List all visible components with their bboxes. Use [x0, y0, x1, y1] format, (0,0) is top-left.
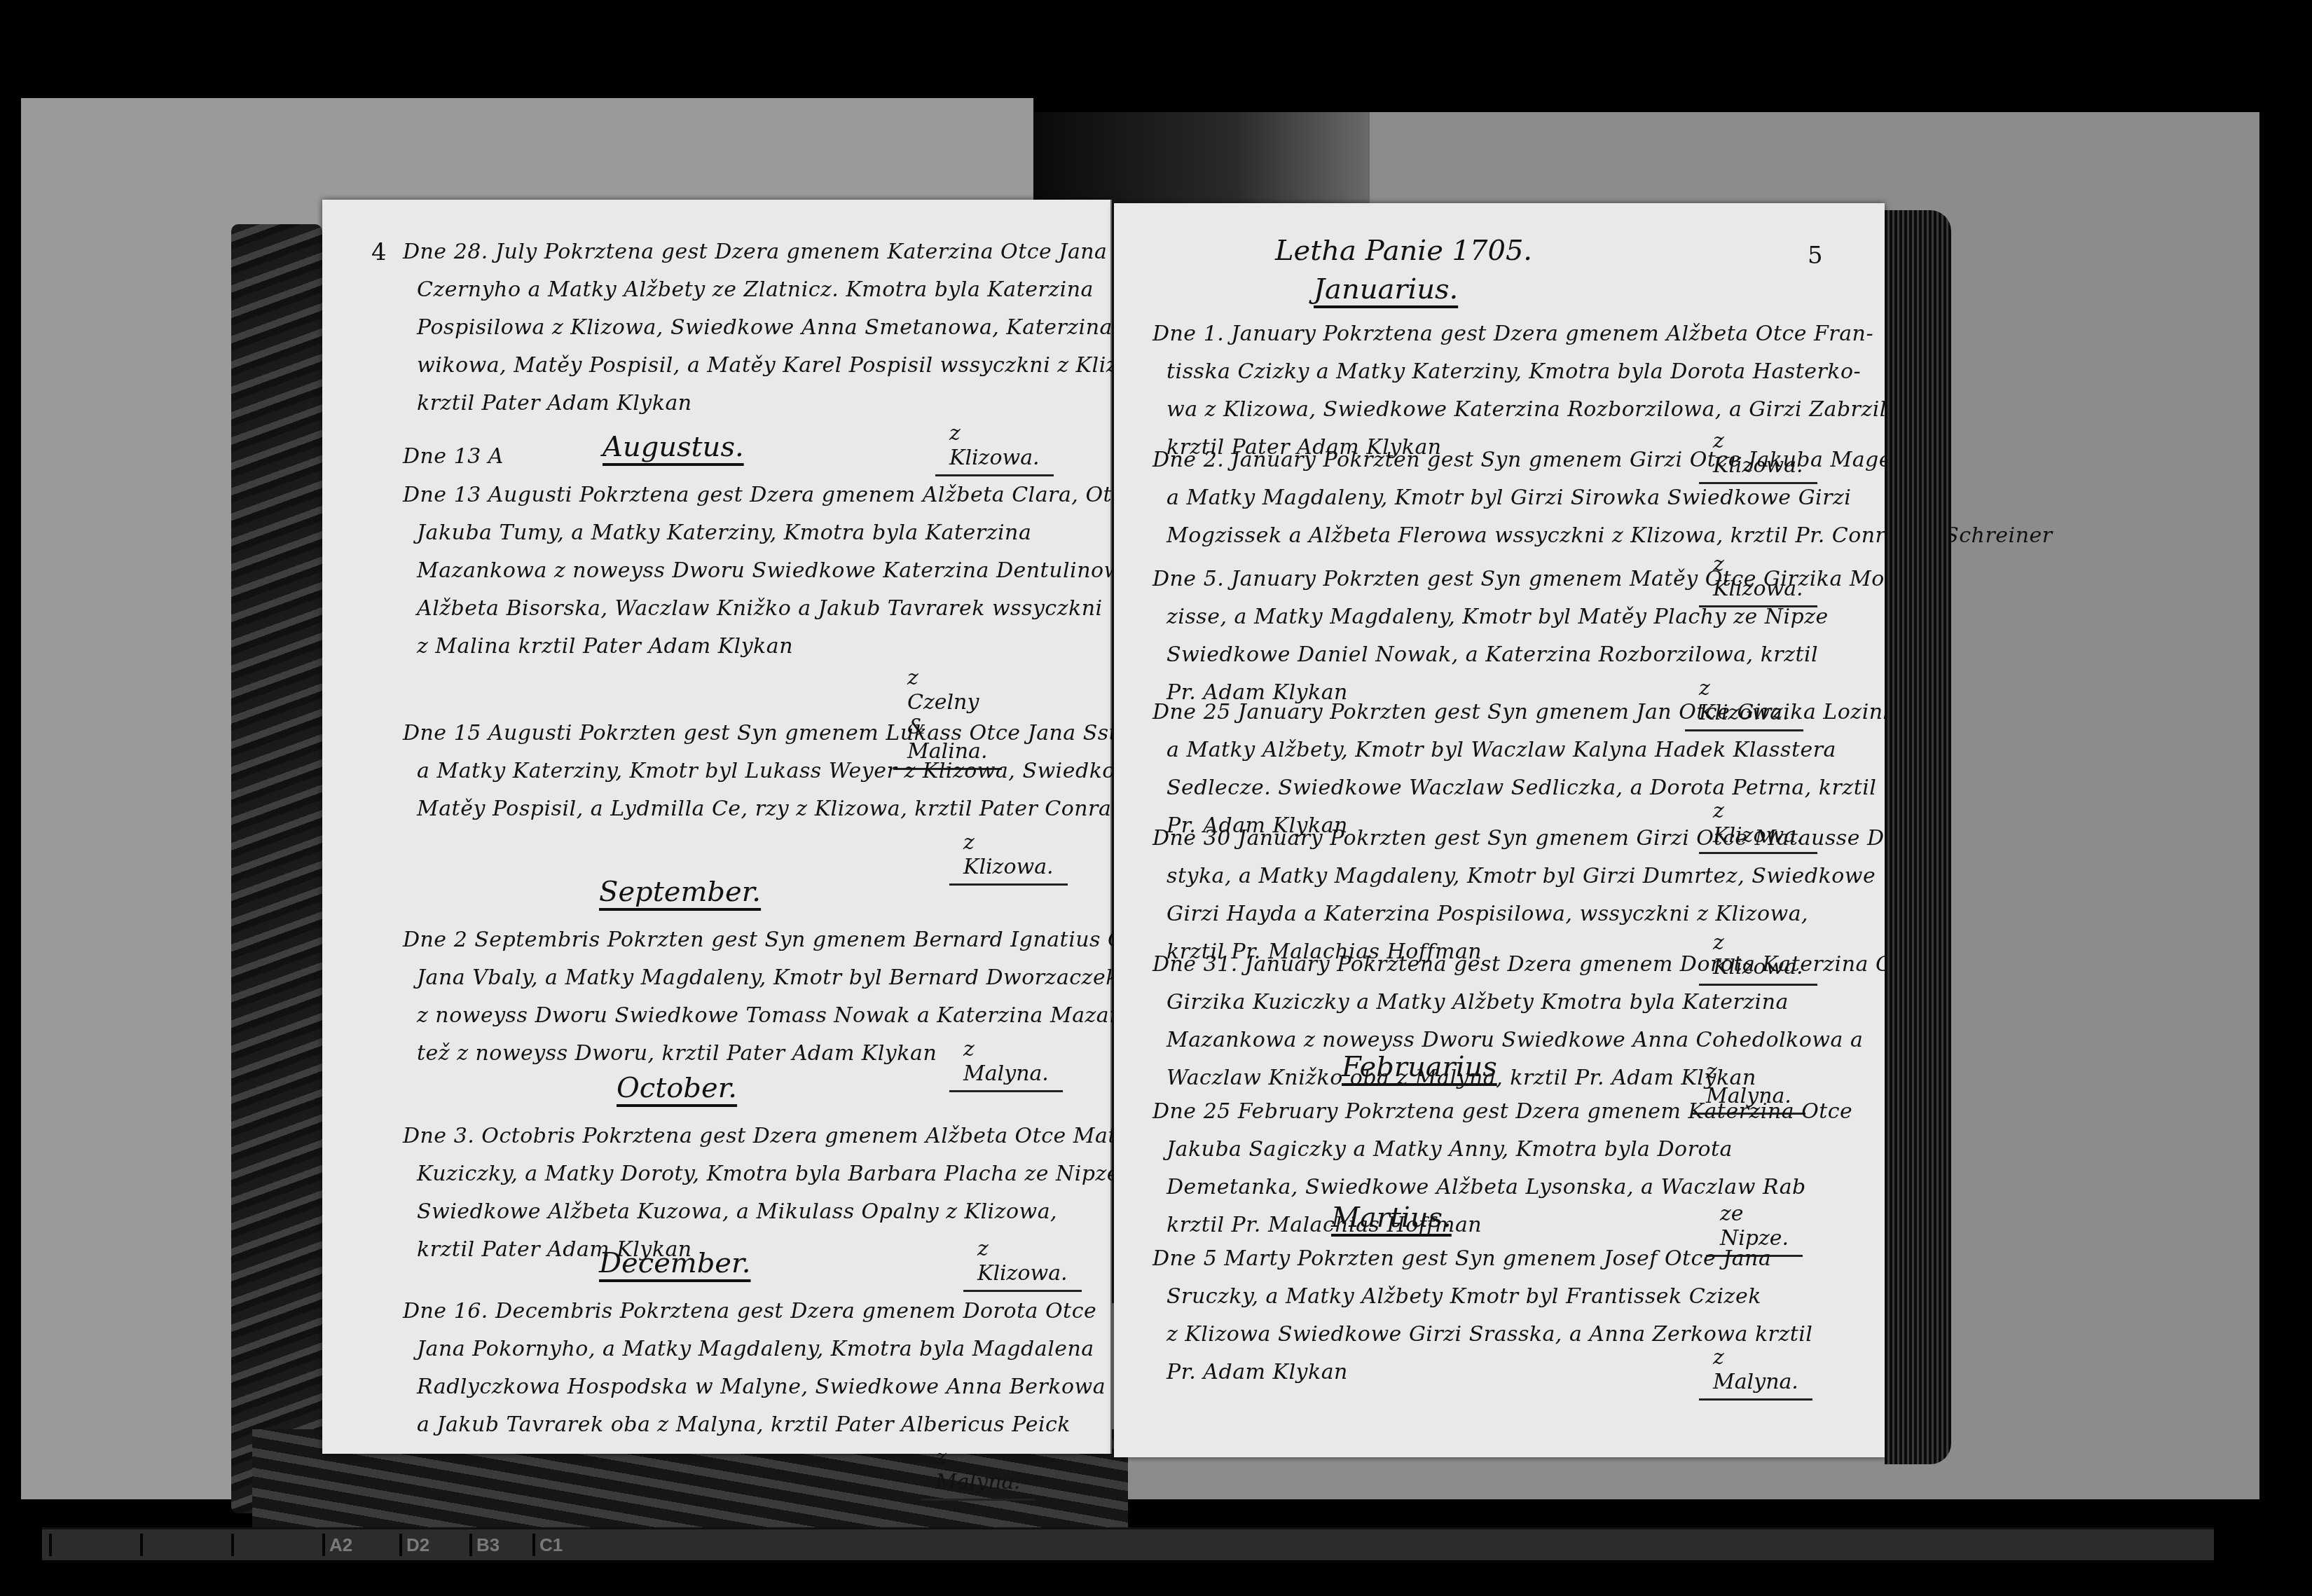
month-heading-january: Januarius. — [1314, 273, 1458, 305]
month-heading-february: Februarius — [1342, 1051, 1497, 1083]
book-fore-edge — [1885, 210, 1951, 1464]
entry-signoff: z Klizowa. — [935, 421, 1054, 476]
entry-line: a Matky Alžbety, Kmotr byl Waczlaw Kalyn… — [1167, 731, 1836, 769]
ruler-cell: B3 — [469, 1534, 532, 1556]
entry-line: Dne 31. January Pokrztena gest Dzera gme… — [1152, 946, 1927, 984]
ruler-cell: D2 — [399, 1534, 469, 1556]
entry-line: Alžbeta Bisorska, Waczlaw Knižko a Jakub… — [417, 590, 1103, 628]
entry-line: a Matky Katerziny, Kmotr byl Lukass Weye… — [417, 752, 1146, 790]
entry-line: wikowa, Matěy Pospisil, a Matěy Karel Po… — [417, 347, 1162, 385]
entry-line: Girzi Hayda a Katerzina Pospisilowa, wss… — [1167, 895, 1808, 933]
entry-line: tisska Czizky a Matky Katerziny, Kmotra … — [1167, 353, 1861, 391]
entry-line: Jakuba Tumy, a Matky Katerziny, Kmotra b… — [417, 514, 1031, 552]
entry-line: Dne 30 January Pokrzten gest Syn gmenem … — [1152, 820, 1905, 858]
entry-line: Mazankowa z noweyss Dworu Swiedkowe Kate… — [417, 552, 1142, 590]
entry-line: Dne 3. Octobris Pokrztena gest Dzera gme… — [403, 1117, 1178, 1155]
entry-line: Dne 16. Decembris Pokrztena gest Dzera g… — [403, 1293, 1096, 1330]
entry-line: Pospisilowa z Klizowa, Swiedkowe Anna Sm… — [417, 309, 1163, 347]
ruler-cell — [49, 1534, 140, 1556]
month-heading-december: December. — [599, 1247, 750, 1279]
entry-line: Dne 2 Septembris Pokrzten gest Syn gmene… — [403, 921, 1159, 959]
entry-line: z Malina krztil Pater Adam Klykan — [417, 628, 793, 666]
entry-line: Dne 2. January Pokrzten gest Syn gmenem … — [1152, 441, 1892, 479]
entry-signoff: z Klizowa. — [949, 830, 1068, 886]
entry-line: Jakuba Sagiczky a Matky Anny, Kmotra byl… — [1167, 1131, 1733, 1169]
entry-line: a Matky Magdaleny, Kmotr byl Girzi Sirow… — [1167, 479, 1851, 517]
entry-line: zisse, a Matky Magdaleny, Kmotr byl Matě… — [1167, 598, 1829, 636]
ruler-cell: C1 — [532, 1534, 596, 1556]
left-page: 4 Dne 28. July Pokrztena gest Dzera gmen… — [322, 200, 1112, 1454]
entry-line: Demetanka, Swiedkowe Alžbeta Lysonska, a… — [1167, 1169, 1806, 1206]
entry-line: Swiedkowe Daniel Nowak, a Katerzina Rozb… — [1167, 636, 1818, 674]
entry-line: Mazankowa z noweyss Dworu Swiedkowe Anna… — [1167, 1021, 1863, 1059]
entry-line: Dne 5 Marty Pokrzten gest Syn gmenem Jos… — [1152, 1240, 1771, 1278]
left-page-number: 4 — [371, 238, 387, 266]
entry-line: Jana Vbaly, a Matky Magdaleny, Kmotr byl… — [417, 959, 1119, 997]
right-page-number: 5 — [1808, 242, 1823, 270]
ruler-cell — [140, 1534, 231, 1556]
entry-signoff: z Malyna. — [949, 1037, 1063, 1092]
entry-line: krztil Pater Adam Klykan — [417, 385, 692, 422]
entry-line: Dne 13 Augusti Pokrztena gest Dzera gmen… — [403, 476, 1137, 514]
scan-ruler-strip: A2 D2 B3 C1 — [42, 1527, 2214, 1560]
entry-line: a Jakub Tavrarek oba z Malyna, krztil Pa… — [417, 1406, 1071, 1444]
entry-line: Sruczky, a Matky Alžbety Kmotr byl Frant… — [1167, 1278, 1761, 1316]
entry-line: Dne 13 A — [403, 438, 504, 476]
entry-line: Dne 28. July Pokrztena gest Dzera gmenem… — [403, 233, 1107, 271]
entry-signoff: z Malyna: — [921, 1445, 1035, 1501]
entry-line: Dne 25 January Pokrzten gest Syn gmenem … — [1152, 694, 1908, 731]
entry-line: z noweyss Dworu Swiedkowe Tomass Nowak a… — [417, 997, 1181, 1035]
entry-line: Radlyczkowa Hospodska w Malyne, Swiedkow… — [417, 1368, 1106, 1406]
ruler-cell — [231, 1534, 322, 1556]
entry-line: Czernyho a Matky Alžbety ze Zlatnicz. Km… — [417, 271, 1094, 309]
ruler-cell: A2 — [322, 1534, 399, 1556]
month-heading-march: Martius. — [1331, 1202, 1452, 1234]
entry-line: Pr. Adam Klykan — [1167, 1354, 1348, 1391]
entry-line: Girzika Kuziczky a Matky Alžbety Kmotra … — [1167, 984, 1789, 1021]
month-heading-october: October. — [617, 1072, 737, 1104]
page-title-year: Letha Panie 1705. — [1275, 235, 1532, 267]
entry-line: Dne 1. January Pokrztena gest Dzera gmen… — [1152, 315, 1873, 353]
entry-line: Jana Pokornyho, a Matky Magdaleny, Kmotr… — [417, 1330, 1094, 1368]
entry-line: Dne 25 February Pokrztena gest Dzera gme… — [1152, 1093, 1852, 1131]
entry-signoff: z Klizowa. — [963, 1237, 1082, 1292]
book-binding-marbled — [231, 224, 322, 1513]
entry-line: Matěy Pospisil, a Lydmilla Ce, rzy z Kli… — [417, 790, 1211, 828]
entry-line: Dne 15 Augusti Pokrzten gest Syn gmenem … — [403, 715, 1168, 752]
right-page: Letha Panie 1705. 5 Januarius. Dne 1. Ja… — [1114, 203, 1885, 1457]
entry-line: styka, a Matky Magdaleny, Kmotr byl Girz… — [1167, 858, 1876, 895]
month-heading-september: September. — [599, 876, 761, 908]
entry-signoff: z Malyna. — [1699, 1345, 1812, 1401]
entry-line: Kuziczky, a Matky Doroty, Kmotra byla Ba… — [417, 1155, 1127, 1193]
entry-line: wa z Klizowa, Swiedkowe Katerzina Rozbor… — [1167, 391, 1887, 429]
month-heading-august: Augustus. — [603, 431, 744, 463]
entry-line: tež z noweyss Dworu, krztil Pater Adam K… — [417, 1035, 937, 1073]
entry-line: Swiedkowe Alžbeta Kuzowa, a Mikulass Opa… — [417, 1193, 1057, 1231]
entry-line: Dne 5. January Pokrzten gest Syn gmenem … — [1152, 560, 1906, 598]
